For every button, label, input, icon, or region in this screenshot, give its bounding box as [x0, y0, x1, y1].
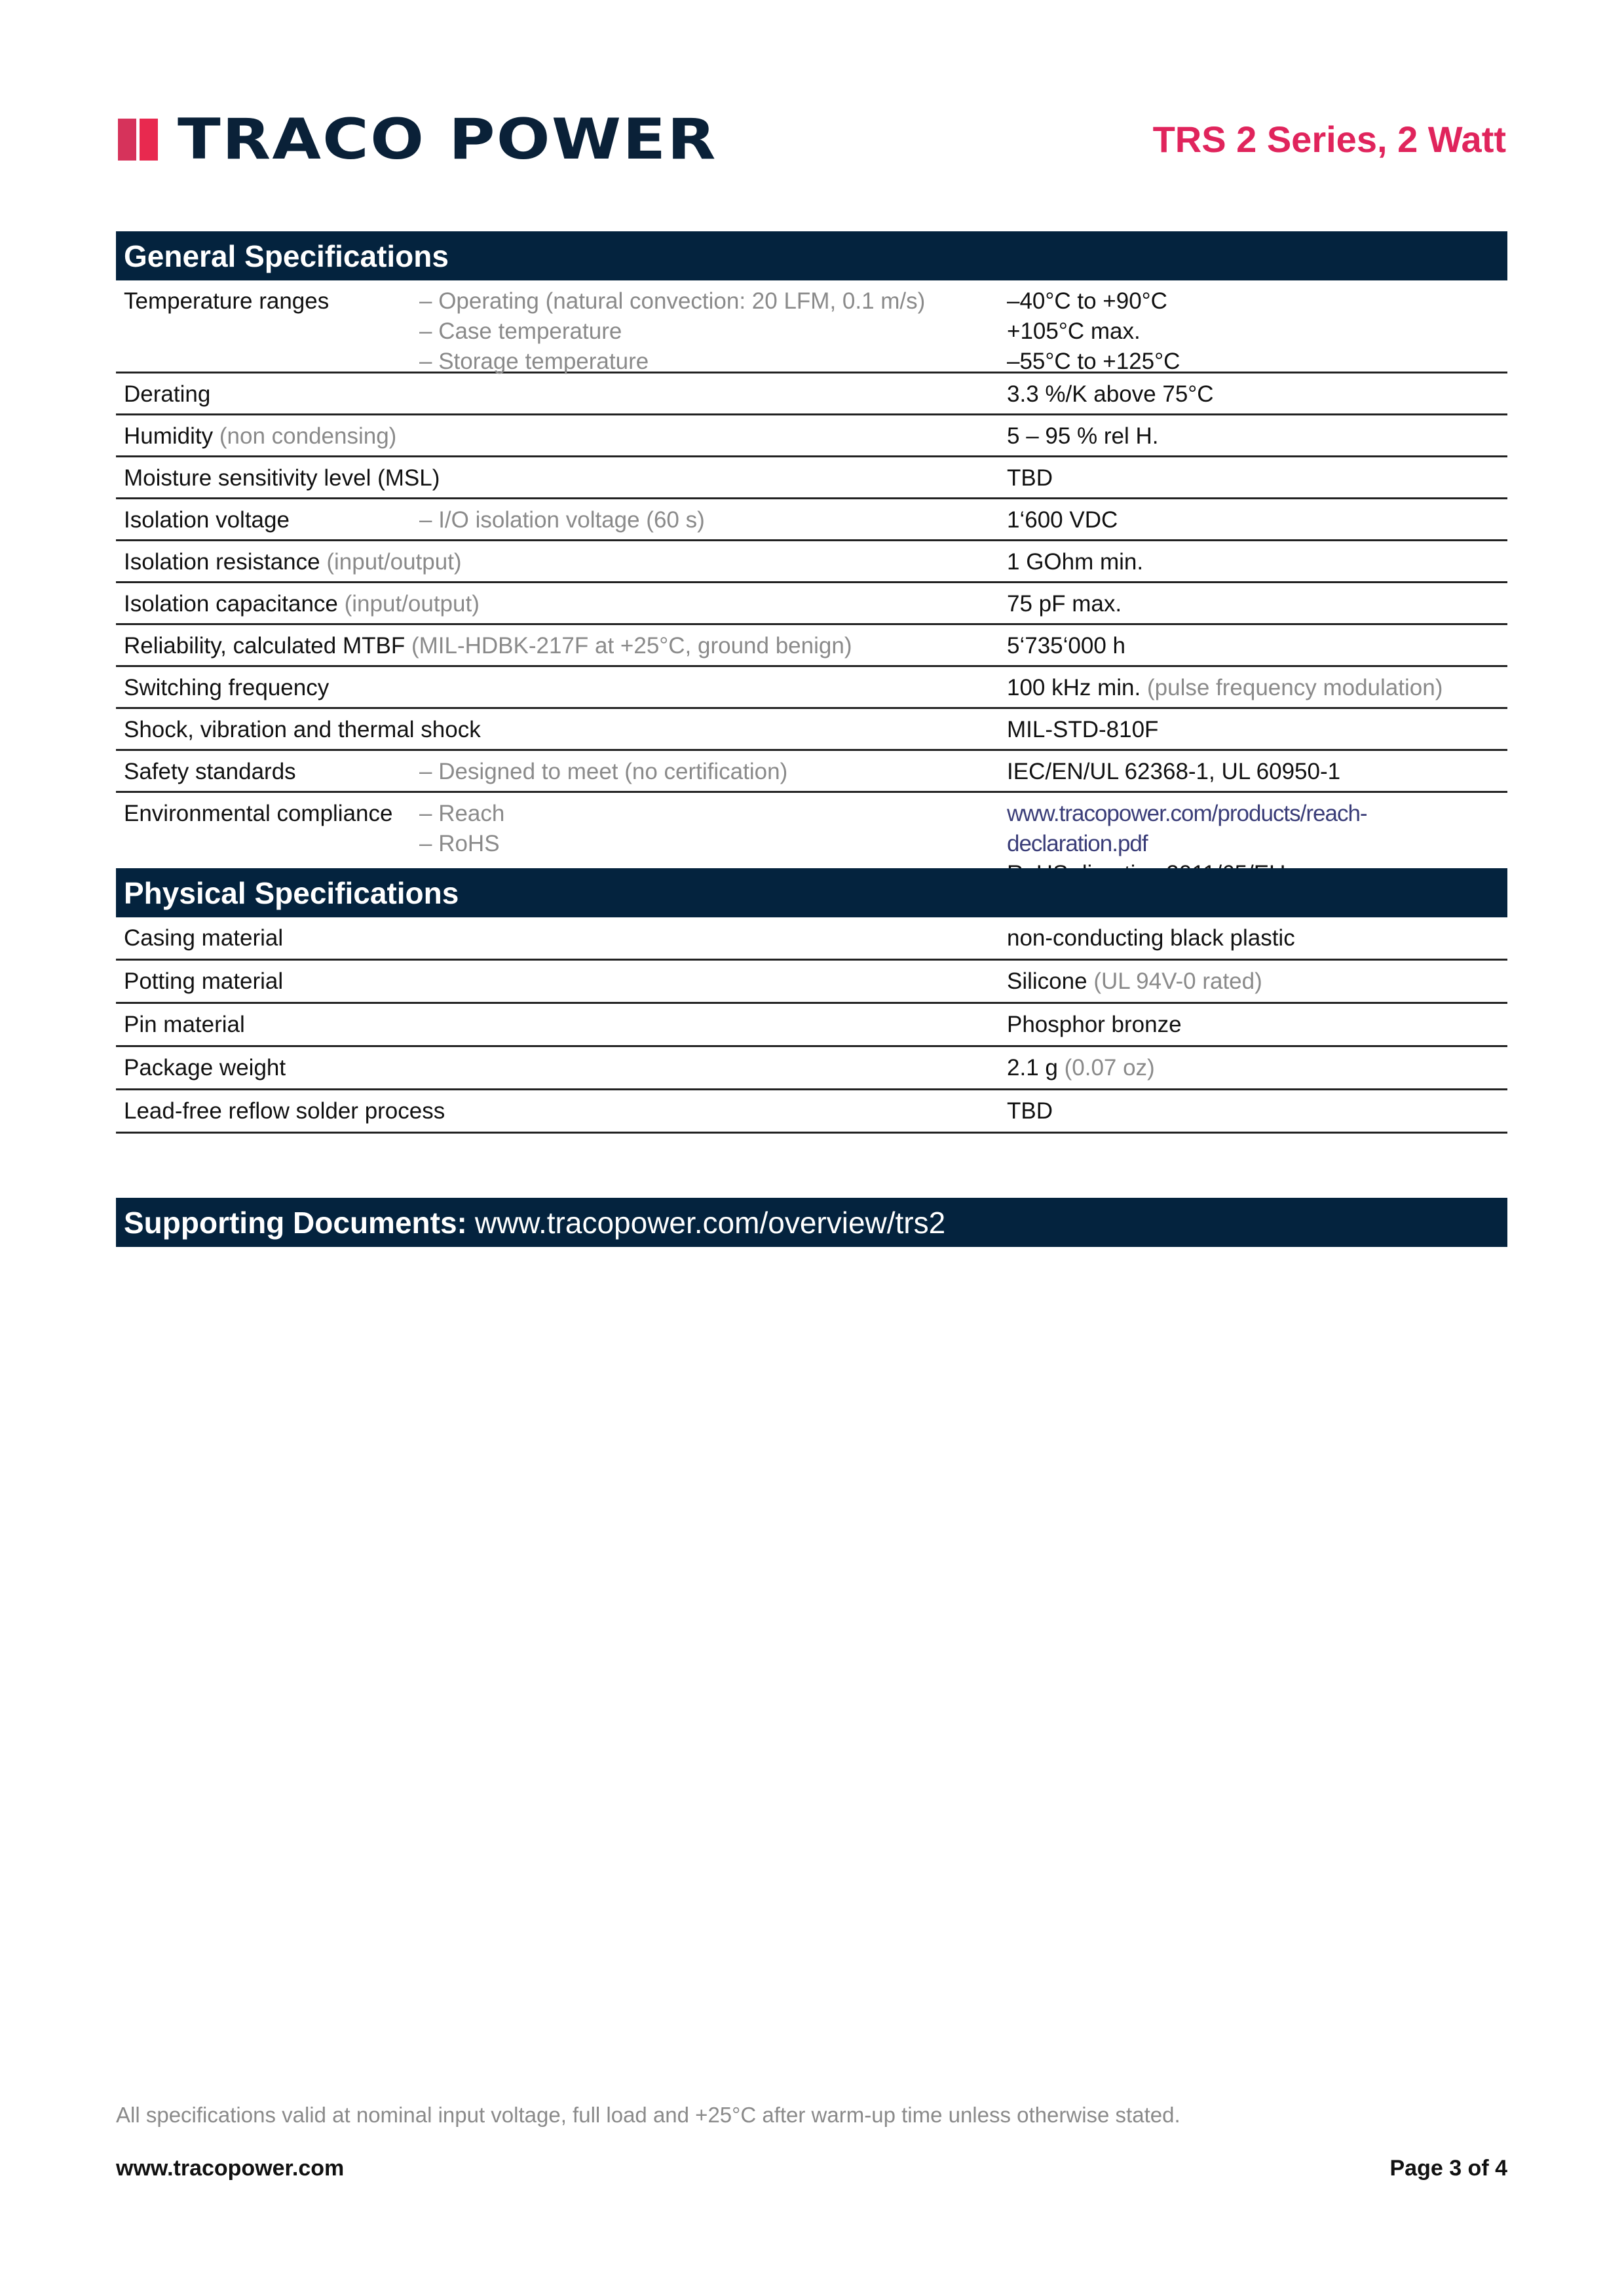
spec-value: IEC/EN/UL 62368-1, UL 60950-1 — [1007, 757, 1507, 791]
spec-label: Pin material — [116, 1010, 1007, 1045]
spec-condition: – Operating (natural convection: 20 LFM,… — [419, 286, 1007, 316]
spec-label-note: (non condensing) — [219, 423, 396, 449]
spec-condition: – RoHS — [419, 829, 1007, 859]
spec-label: Switching frequency — [116, 673, 1007, 707]
spec-row: Humidity (non condensing)5 – 95 % rel H. — [116, 415, 1507, 457]
spec-value-text: TBD — [1007, 1096, 1507, 1126]
spec-condition: – Storage temperature — [419, 347, 1007, 377]
spec-row: Safety standards– Designed to meet (no c… — [116, 751, 1507, 793]
spec-value: 1‘600 VDC — [1007, 505, 1507, 539]
spec-row: Isolation voltage– I/O isolation voltage… — [116, 499, 1507, 541]
spec-value-text: non-conducting black plastic — [1007, 923, 1507, 953]
spec-value-text: 2.1 g (0.07 oz) — [1007, 1053, 1507, 1083]
spec-value-text: 5‘735‘000 h — [1007, 631, 1507, 661]
spec-label: Environmental compliance — [116, 799, 419, 865]
spec-value-text: Phosphor bronze — [1007, 1010, 1507, 1040]
spec-value-text: 1 GOhm min. — [1007, 547, 1507, 577]
spec-row: Casing materialnon-conducting black plas… — [116, 917, 1507, 961]
spec-value-text: –55°C to +125°C — [1007, 347, 1507, 377]
spec-label: Casing material — [116, 923, 1007, 959]
spec-row: Temperature ranges– Operating (natural c… — [116, 280, 1507, 373]
spec-value-text: –40°C to +90°C — [1007, 286, 1507, 316]
document-title: TRS 2 Series, 2 Watt — [1153, 117, 1506, 163]
spec-conditions: – I/O isolation voltage (60 s) — [419, 505, 1007, 539]
spec-label: Reliability, calculated MTBF (MIL-HDBK-2… — [116, 631, 1007, 665]
spec-value-text: 100 kHz min. (pulse frequency modulation… — [1007, 673, 1507, 703]
spec-label-text: Switching frequency — [124, 675, 329, 700]
spec-label-text: Humidity — [124, 423, 213, 449]
general-specifications-table: General Specifications Temperature range… — [116, 231, 1507, 865]
spec-condition: – I/O isolation voltage (60 s) — [419, 505, 1007, 535]
supporting-documents-bar: Supporting Documents: www.tracopower.com… — [116, 1198, 1507, 1247]
spec-condition: – Case temperature — [419, 316, 1007, 347]
spec-label-text: Isolation resistance — [124, 549, 320, 575]
spec-value: 100 kHz min. (pulse frequency modulation… — [1007, 673, 1507, 707]
spec-label: Lead-free reflow solder process — [116, 1096, 1007, 1132]
spec-label: Derating — [116, 379, 1007, 413]
spec-condition: – Reach — [419, 799, 1007, 829]
spec-value: 3.3 %/K above 75°C — [1007, 379, 1507, 413]
spec-value-text: 1‘600 VDC — [1007, 505, 1507, 535]
spec-label-text: Derating — [124, 381, 210, 407]
spec-value-note: (0.07 oz) — [1065, 1055, 1155, 1081]
spec-value-text: IEC/EN/UL 62368-1, UL 60950-1 — [1007, 757, 1507, 787]
spec-row: Potting materialSilicone (UL 94V-0 rated… — [116, 961, 1507, 1004]
spec-label-text: Moisture sensitivity level (MSL) — [124, 465, 440, 491]
spec-row: Reliability, calculated MTBF (MIL-HDBK-2… — [116, 625, 1507, 667]
spec-value: TBD — [1007, 1096, 1507, 1132]
spec-condition: – Designed to meet (no certification) — [419, 757, 1007, 787]
supporting-documents-link[interactable]: www.tracopower.com/overview/trs2 — [475, 1205, 945, 1240]
brand-logo: TRACO POWER — [118, 118, 660, 161]
spec-label-text: Environmental compliance — [124, 801, 392, 826]
spec-conditions: – Operating (natural convection: 20 LFM,… — [419, 286, 1007, 372]
spec-value: 2.1 g (0.07 oz) — [1007, 1053, 1507, 1088]
spec-label-text: Isolation voltage — [124, 507, 290, 533]
spec-value: 5 – 95 % rel H. — [1007, 421, 1507, 455]
spec-value: Phosphor bronze — [1007, 1010, 1507, 1045]
brand-name: TRACO POWER — [178, 118, 717, 161]
physical-specifications-table: Physical Specifications Casing materialn… — [116, 868, 1507, 1134]
spec-row: Isolation resistance (input/output)1 GOh… — [116, 541, 1507, 583]
spec-label-note: (input/output) — [326, 549, 461, 575]
spec-value: www.tracopower.com/products/reach-declar… — [1007, 799, 1507, 865]
spec-value-note: (pulse frequency modulation) — [1147, 675, 1443, 700]
section-heading-physical: Physical Specifications — [116, 868, 1507, 917]
spec-label-note: (MIL-HDBK-217F at +25°C, ground benign) — [411, 633, 852, 659]
spec-label-note: (input/output) — [345, 591, 480, 617]
spec-label: Isolation resistance (input/output) — [116, 547, 1007, 581]
spec-label-text: Safety standards — [124, 759, 296, 784]
spec-value-text: 75 pF max. — [1007, 589, 1507, 619]
spec-value: –40°C to +90°C+105°C max.–55°C to +125°C — [1007, 286, 1507, 372]
spec-value: 1 GOhm min. — [1007, 547, 1507, 581]
logo-mark-icon — [118, 119, 158, 161]
spec-row: Derating3.3 %/K above 75°C — [116, 373, 1507, 415]
spec-value: non-conducting black plastic — [1007, 923, 1507, 959]
spec-label: Humidity (non condensing) — [116, 421, 1007, 455]
spec-label-text: Reliability, calculated MTBF — [124, 633, 405, 659]
spec-value: MIL-STD-810F — [1007, 715, 1507, 749]
reach-declaration-link[interactable]: www.tracopower.com/products/reach-declar… — [1007, 799, 1507, 859]
spec-label: Isolation capacitance (input/output) — [116, 589, 1007, 623]
spec-row: Moisture sensitivity level (MSL)TBD — [116, 457, 1507, 499]
spec-label-text: Isolation capacitance — [124, 591, 338, 617]
footer-website-link[interactable]: www.tracopower.com — [116, 2156, 344, 2181]
spec-value-text: MIL-STD-810F — [1007, 715, 1507, 745]
spec-value: 75 pF max. — [1007, 589, 1507, 623]
footnote: All specifications valid at nominal inpu… — [116, 2101, 1180, 2130]
spec-value-text: TBD — [1007, 463, 1507, 493]
spec-row: Package weight2.1 g (0.07 oz) — [116, 1047, 1507, 1090]
spec-value-text: 5 – 95 % rel H. — [1007, 421, 1507, 451]
spec-conditions: – Reach– RoHS — [419, 799, 1007, 865]
section-heading-general: General Specifications — [116, 231, 1507, 280]
spec-row: Switching frequency100 kHz min. (pulse f… — [116, 667, 1507, 709]
spec-value-note: (UL 94V-0 rated) — [1093, 968, 1262, 994]
spec-value: TBD — [1007, 463, 1507, 497]
spec-label: Temperature ranges — [116, 286, 419, 372]
spec-row: Environmental compliance– Reach– RoHSwww… — [116, 793, 1507, 865]
spec-label-text: Temperature ranges — [124, 288, 329, 314]
spec-row: Isolation capacitance (input/output)75 p… — [116, 583, 1507, 625]
spec-label: Isolation voltage — [116, 505, 419, 539]
spec-label: Potting material — [116, 966, 1007, 1002]
page-number: Page 3 of 4 — [1389, 2156, 1507, 2181]
spec-value-text: Silicone (UL 94V-0 rated) — [1007, 966, 1507, 997]
spec-value: Silicone (UL 94V-0 rated) — [1007, 966, 1507, 1002]
spec-label: Package weight — [116, 1053, 1007, 1088]
spec-label: Moisture sensitivity level (MSL) — [116, 463, 1007, 497]
spec-row: Pin materialPhosphor bronze — [116, 1004, 1507, 1047]
spec-label-text: Shock, vibration and thermal shock — [124, 717, 481, 742]
spec-conditions: – Designed to meet (no certification) — [419, 757, 1007, 791]
spec-label: Safety standards — [116, 757, 419, 791]
spec-value-text: +105°C max. — [1007, 316, 1507, 347]
spec-value-text: 3.3 %/K above 75°C — [1007, 379, 1507, 410]
supporting-documents-label: Supporting Documents: — [124, 1205, 467, 1240]
spec-row: Shock, vibration and thermal shockMIL-ST… — [116, 709, 1507, 751]
spec-row: Lead-free reflow solder processTBD — [116, 1090, 1507, 1134]
spec-label: Shock, vibration and thermal shock — [116, 715, 1007, 749]
spec-value: 5‘735‘000 h — [1007, 631, 1507, 665]
